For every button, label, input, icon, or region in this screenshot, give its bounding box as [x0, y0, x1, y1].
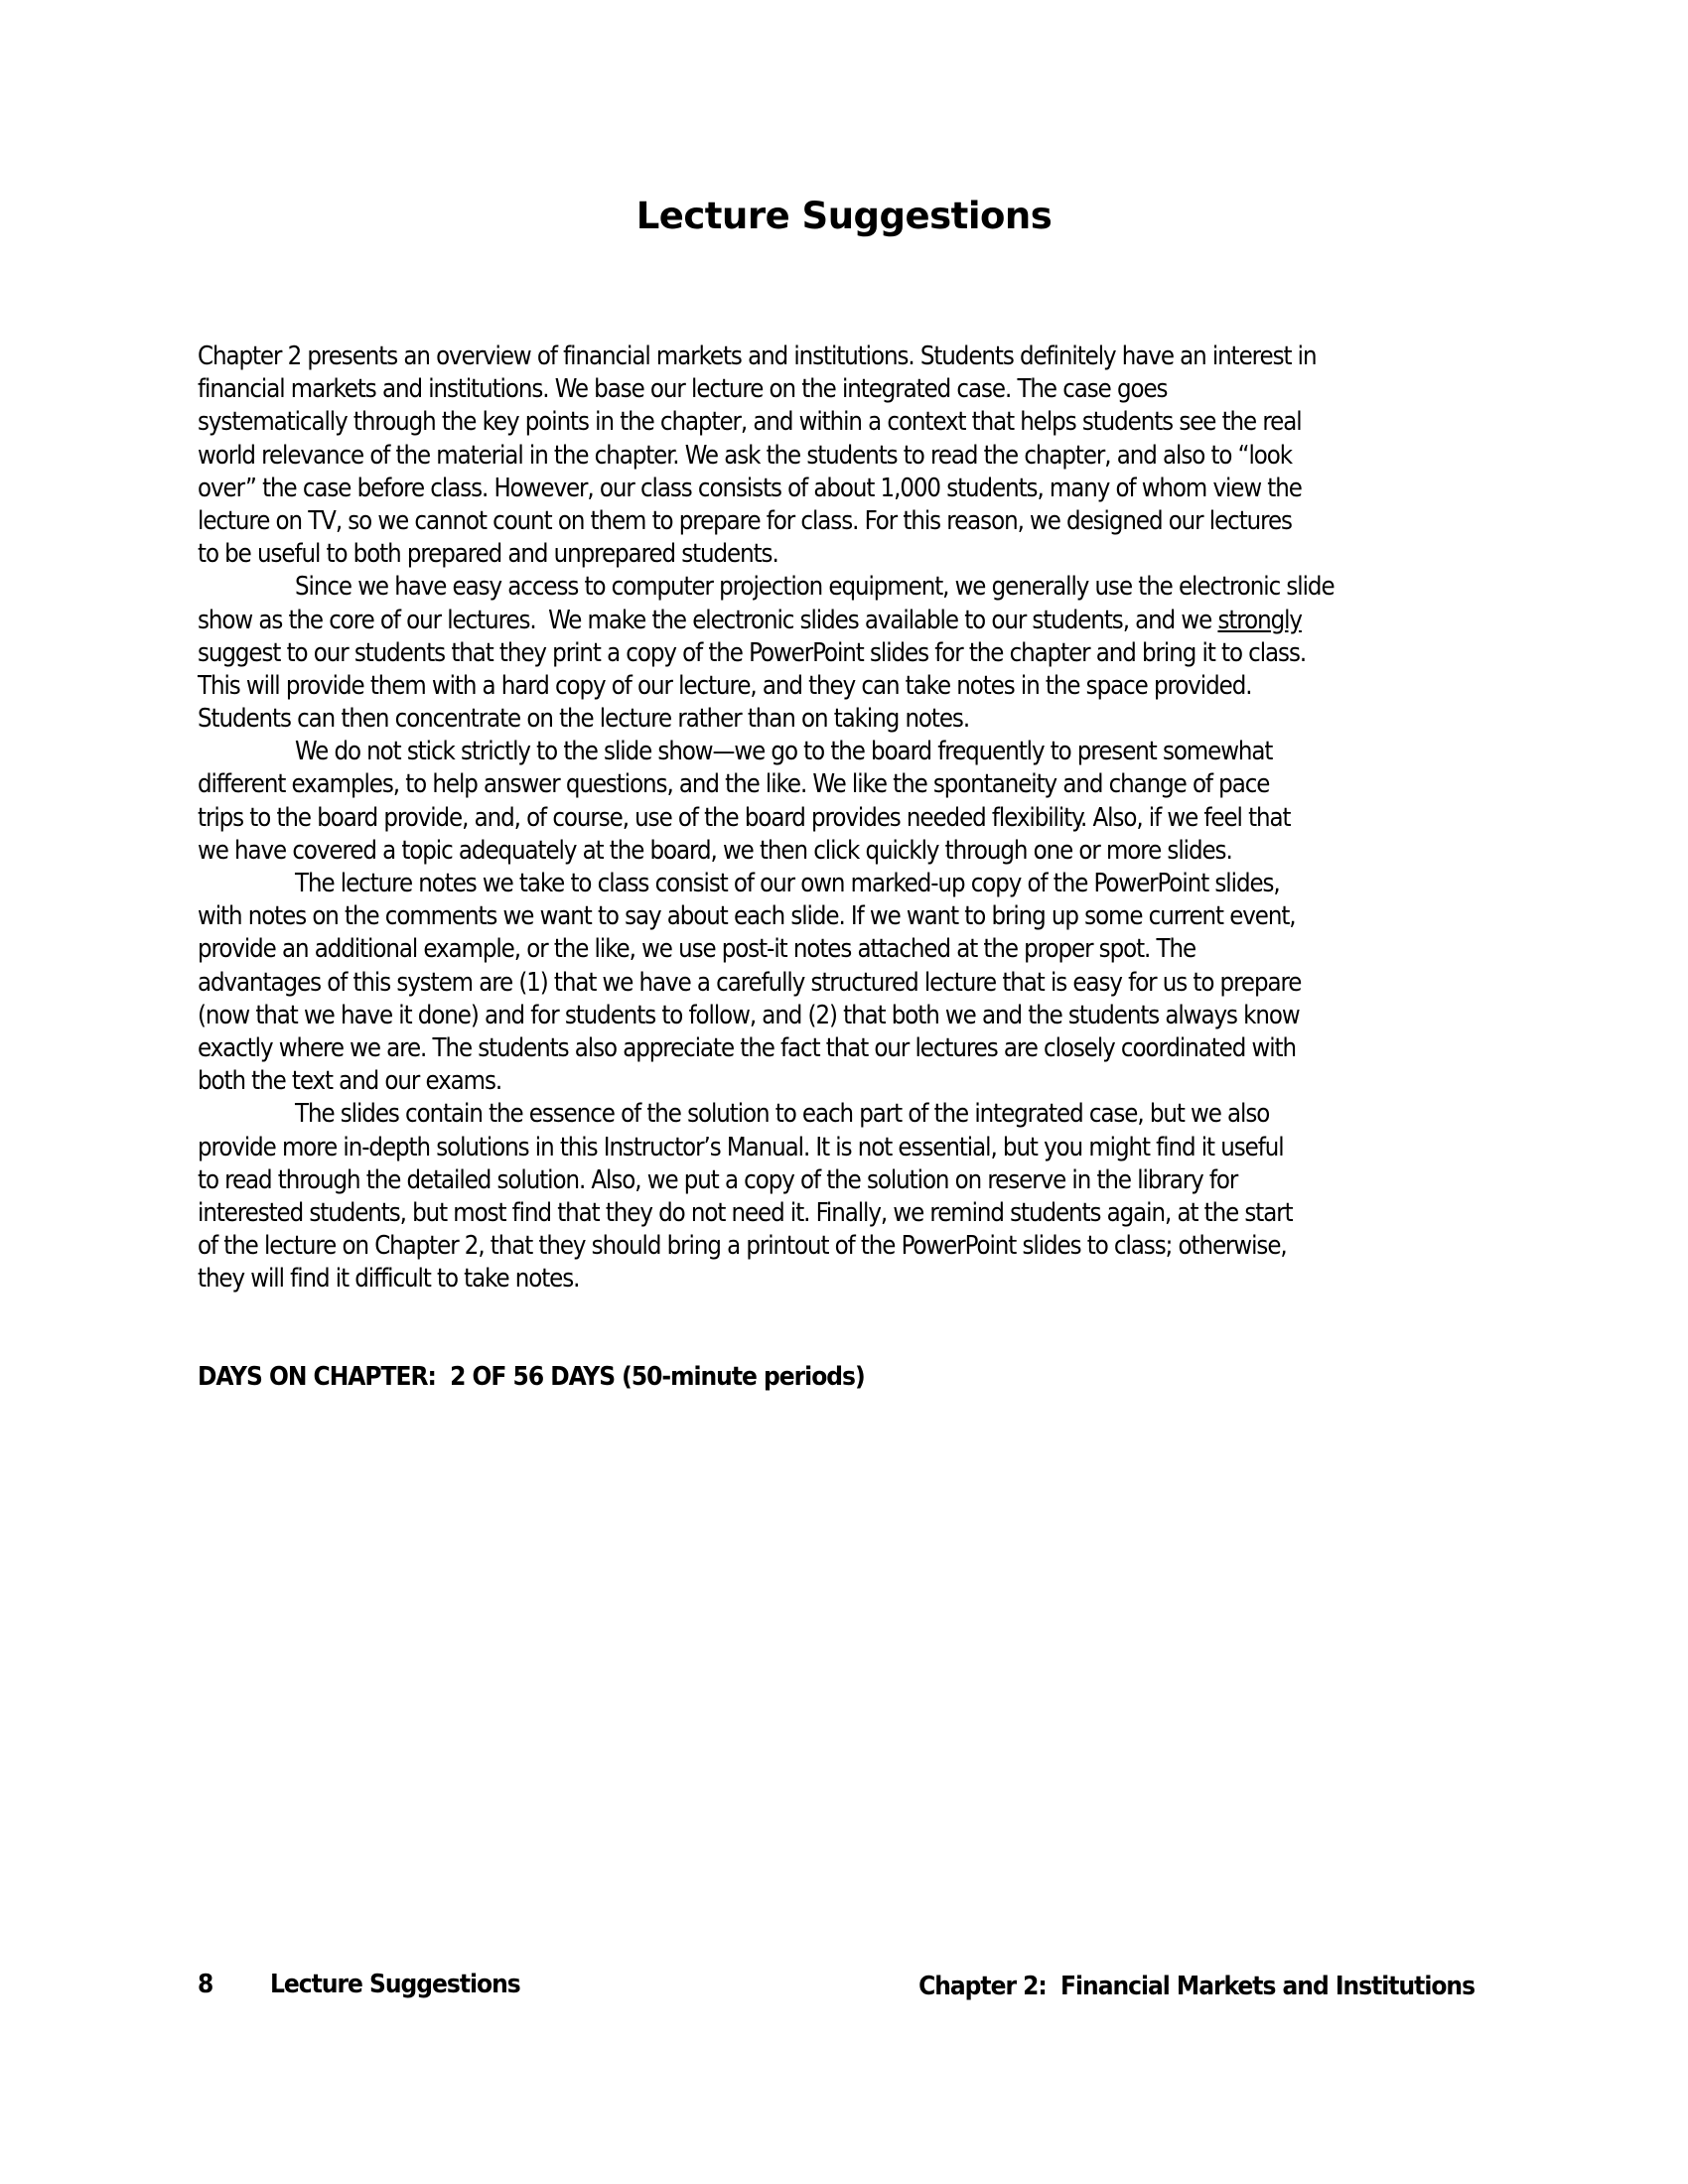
footer-section-title: Lecture Suggestions	[270, 1970, 520, 1999]
text-line: to be useful to both prepared and unprep…	[198, 538, 1508, 571]
text-line: Since we have easy access to computer pr…	[198, 571, 1508, 604]
text-line: lecture on TV, so we cannot count on the…	[198, 505, 1508, 538]
text-line: We do not stick strictly to the slide sh…	[198, 736, 1508, 768]
text-line: This will provide them with a hard copy …	[198, 670, 1508, 703]
page-footer: 8 Lecture Suggestions Chapter 2: Financi…	[198, 1970, 1475, 2009]
text-line: exactly where we are. The students also …	[198, 1032, 1508, 1065]
text-line: Chapter 2 presents an overview of financ…	[198, 341, 1508, 373]
paragraph-3: We do not stick strictly to the slide sh…	[198, 736, 1508, 868]
text-line: interested students, but most find that …	[198, 1197, 1508, 1230]
text-line: provide an additional example, or the li…	[198, 933, 1508, 966]
text-line: with notes on the comments we want to sa…	[198, 900, 1508, 933]
underlined-emphasis: strongly	[1217, 606, 1302, 635]
text-line: The slides contain the essence of the so…	[198, 1098, 1508, 1131]
text-line: different examples, to help answer quest…	[198, 768, 1508, 801]
body-text: Chapter 2 presents an overview of financ…	[198, 341, 1508, 1296]
text-line: provide more in-depth solutions in this …	[198, 1132, 1508, 1164]
text-line: over” the case before class. However, ou…	[198, 473, 1508, 505]
text-line: advantages of this system are (1) that w…	[198, 967, 1508, 1000]
text-line: world relevance of the material in the c…	[198, 440, 1508, 473]
text-line: Students can then concentrate on the lec…	[198, 703, 1508, 736]
footer-chapter-title: Chapter 2: Financial Markets and Institu…	[918, 1972, 1475, 2001]
days-on-chapter: DAYS ON CHAPTER: 2 OF 56 DAYS (50-minute…	[198, 1362, 865, 1392]
text-line: of the lecture on Chapter 2, that they s…	[198, 1230, 1508, 1263]
text-line: to read through the detailed solution. A…	[198, 1164, 1508, 1197]
text-line: systematically through the key points in…	[198, 406, 1508, 439]
paragraph-1: Chapter 2 presents an overview of financ…	[198, 341, 1508, 571]
text-line: we have covered a topic adequately at th…	[198, 835, 1508, 868]
text-span: show as the core of our lectures. We mak…	[198, 606, 1217, 635]
text-line: The lecture notes we take to class consi…	[198, 868, 1508, 900]
text-line: both the text and our exams.	[198, 1065, 1508, 1098]
page-title: Lecture Suggestions	[0, 195, 1688, 237]
text-line: financial markets and institutions. We b…	[198, 373, 1508, 406]
page-number: 8	[198, 1970, 212, 1999]
paragraph-5: The slides contain the essence of the so…	[198, 1098, 1508, 1296]
text-line: they will find it difficult to take note…	[198, 1263, 1508, 1296]
paragraph-4: The lecture notes we take to class consi…	[198, 868, 1508, 1098]
text-line: show as the core of our lectures. We mak…	[198, 605, 1508, 637]
text-line: suggest to our students that they print …	[198, 637, 1508, 670]
text-line: trips to the board provide, and, of cour…	[198, 802, 1508, 835]
text-line: (now that we have it done) and for stude…	[198, 1000, 1508, 1032]
paragraph-2: Since we have easy access to computer pr…	[198, 571, 1508, 736]
